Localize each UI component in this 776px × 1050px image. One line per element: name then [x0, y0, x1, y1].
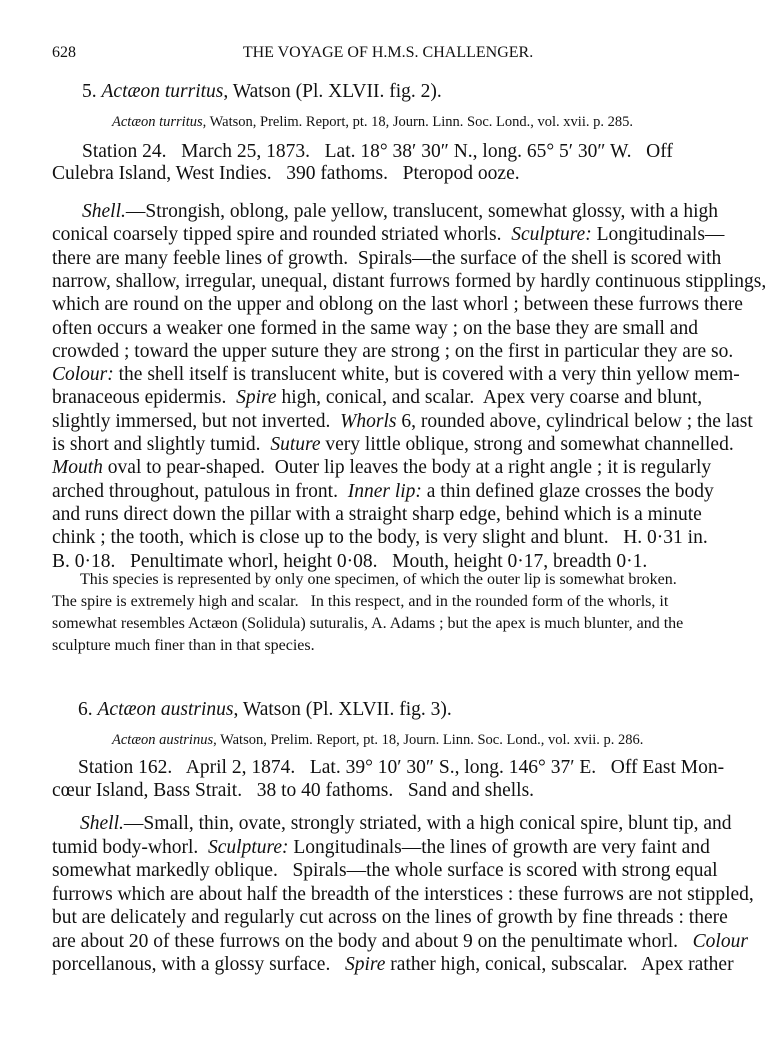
text-line: somewhat resembles Actæon (Solidula) sut…	[52, 612, 732, 636]
italic-term: Inner lip:	[348, 481, 422, 502]
text-run: conical coarsely tipped spire and rounde…	[52, 224, 511, 245]
italic-term: Whorls	[340, 411, 396, 432]
citation-name: Actæon turritus	[112, 114, 203, 130]
text-run: and runs direct down the pillar with a s…	[52, 504, 702, 525]
text-line: are about 20 of these furrows on the bod…	[52, 930, 732, 954]
text-run: porcellanous, with a glossy surface.	[52, 954, 345, 975]
text-run: somewhat markedly oblique. Spirals—the w…	[52, 860, 718, 881]
station-line: Station 24. March 25, 1873. Lat. 18° 38′…	[82, 140, 732, 164]
text-run: very little oblique, strong and somewhat…	[321, 434, 734, 455]
text-run: Longitudinals—	[592, 224, 725, 245]
italic-term: Spire	[236, 387, 276, 408]
text-run: oval to pear-shaped. Outer lip leaves th…	[103, 457, 711, 478]
station-line: Culebra Island, West Indies. 390 fathoms…	[52, 162, 732, 186]
text-line: The spire is extremely high and scalar. …	[52, 590, 732, 614]
text-line: chink ; the tooth, which is close up to …	[52, 526, 732, 550]
text-line: Mouth oval to pear-shaped. Outer lip lea…	[52, 456, 732, 480]
text-line: there are many feeble lines of growth. S…	[52, 247, 732, 271]
text-run: are about 20 of these furrows on the bod…	[52, 931, 693, 952]
text-run: the shell itself is translucent white, b…	[114, 364, 740, 385]
text-run: a thin defined glaze crosses the body	[422, 481, 714, 502]
species-heading: 6. Actæon austrinus, Watson (Pl. XLVII. …	[78, 698, 638, 722]
citation-name: Actæon austrinus	[112, 732, 213, 748]
citation: Actæon austrinus, Watson, Prelim. Report…	[112, 728, 692, 752]
text-line: Shell.—Strongish, oblong, pale yellow, t…	[82, 200, 732, 224]
italic-term: Mouth	[52, 457, 103, 478]
text-line: conical coarsely tipped spire and rounde…	[52, 223, 732, 247]
text-line: crowded ; toward the upper suture they a…	[52, 340, 732, 364]
station-line: Station 162. April 2, 1874. Lat. 39° 10′…	[78, 756, 732, 780]
text-line: somewhat markedly oblique. Spirals—the w…	[52, 859, 732, 883]
italic-term: Colour	[693, 931, 748, 952]
italic-term: Sculpture:	[511, 224, 592, 245]
text-line: is short and slightly tumid. Suture very…	[52, 433, 732, 457]
text-line: which are round on the upper and oblong …	[52, 293, 732, 317]
text-run: but are delicately and regularly cut acr…	[52, 907, 728, 928]
text-run: high, conical, and scalar. Apex very coa…	[277, 387, 703, 408]
citation-text: , Watson, Prelim. Report, pt. 18, Journ.…	[213, 732, 643, 748]
text-run: narrow, shallow, irregular, unequal, dis…	[52, 271, 766, 292]
text-line: narrow, shallow, irregular, unequal, dis…	[52, 270, 732, 294]
italic-term: Suture	[270, 434, 320, 455]
italic-term: Colour:	[52, 364, 114, 385]
text-line: porcellanous, with a glossy surface. Spi…	[52, 953, 732, 977]
text-line: This species is represented by only one …	[80, 568, 732, 592]
italic-term: Sculpture:	[208, 837, 289, 858]
text-line: arched throughout, patulous in front. In…	[52, 480, 732, 504]
species-number: 6.	[78, 699, 93, 720]
text-run: —Small, thin, ovate, strongly striated, …	[124, 813, 732, 834]
text-run: chink ; the tooth, which is close up to …	[52, 527, 708, 548]
species-name: Actæon turritus	[102, 81, 224, 102]
citation-text: , Watson, Prelim. Report, pt. 18, Journ.…	[203, 114, 633, 130]
text-run: rather high, conical, subscalar. Apex ra…	[385, 954, 733, 975]
text-run: tumid body-whorl.	[52, 837, 208, 858]
citation: Actæon turritus, Watson, Prelim. Report,…	[112, 110, 692, 134]
species-heading: 5. Actæon turritus, Watson (Pl. XLVII. f…	[82, 80, 642, 104]
running-title: THE VOYAGE OF H.M.S. CHALLENGER.	[0, 44, 776, 62]
text-run: which are round on the upper and oblong …	[52, 294, 743, 315]
station-line: cœur Island, Bass Strait. 38 to 40 fatho…	[52, 779, 732, 803]
text-run: slightly immersed, but not inverted.	[52, 411, 340, 432]
text-line: Shell.—Small, thin, ovate, strongly stri…	[80, 812, 732, 836]
text-line: tumid body-whorl. Sculpture: Longitudina…	[52, 836, 732, 860]
text-line: furrows which are about half the breadth…	[52, 883, 732, 907]
text-line: but are delicately and regularly cut acr…	[52, 906, 732, 930]
species-authority: , Watson (Pl. XLVII. fig. 2).	[223, 81, 441, 102]
text-run: crowded ; toward the upper suture they a…	[52, 341, 733, 362]
text-line: sculpture much finer than in that specie…	[52, 634, 732, 658]
species-number: 5.	[82, 81, 97, 102]
species-authority: , Watson (Pl. XLVII. fig. 3).	[233, 699, 451, 720]
text-line: slightly immersed, but not inverted. Who…	[52, 410, 732, 434]
text-run: often occurs a weaker one formed in the …	[52, 318, 698, 339]
text-run: branaceous epidermis.	[52, 387, 236, 408]
text-run: arched throughout, patulous in front.	[52, 481, 348, 502]
italic-term: Shell.	[82, 201, 126, 222]
species-name: Actæon austrinus	[98, 699, 234, 720]
text-line: and runs direct down the pillar with a s…	[52, 503, 732, 527]
text-line: branaceous epidermis. Spire high, conica…	[52, 386, 732, 410]
text-run: there are many feeble lines of growth. S…	[52, 248, 721, 269]
italic-term: Shell.	[80, 813, 124, 834]
text-run: furrows which are about half the breadth…	[52, 884, 754, 905]
text-line: Colour: the shell itself is translucent …	[52, 363, 732, 387]
italic-term: Spire	[345, 954, 385, 975]
text-line: often occurs a weaker one formed in the …	[52, 317, 732, 341]
text-run: is short and slightly tumid.	[52, 434, 270, 455]
text-run: 6, rounded above, cylindrical below ; th…	[396, 411, 752, 432]
text-run: —Strongish, oblong, pale yellow, translu…	[126, 201, 718, 222]
text-run: Longitudinals—the lines of growth are ve…	[289, 837, 710, 858]
